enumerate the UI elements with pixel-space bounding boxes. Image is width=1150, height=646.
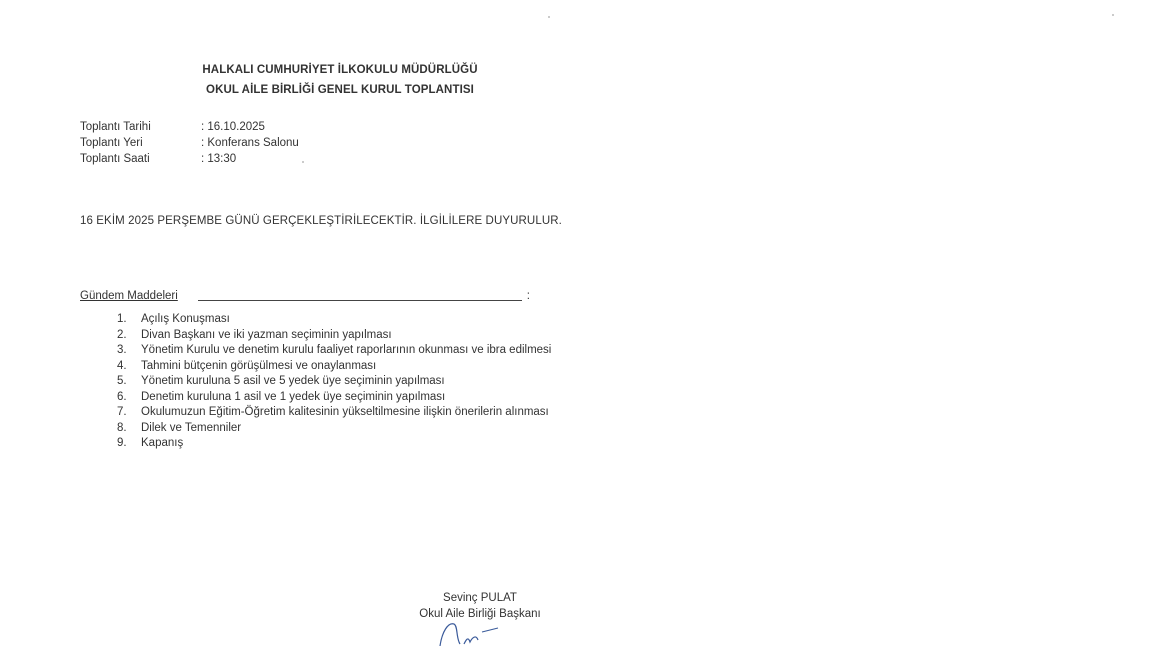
- meeting-date-label: Toplantı Tarihi: [80, 119, 201, 135]
- agenda-item: 3.Yönetim Kurulu ve denetim kurulu faali…: [117, 343, 587, 359]
- meeting-time-row: Toplantı Saati : 13:30: [80, 151, 299, 167]
- agenda-heading-label: Gündem Maddeleri: [80, 290, 178, 302]
- scan-speck: [1112, 14, 1114, 16]
- agenda-heading-colon: :: [527, 288, 530, 304]
- agenda-item: 1.Açılış Konuşması: [117, 312, 587, 328]
- agenda-item: 6.Denetim kuruluna 1 asil ve 1 yedek üye…: [117, 390, 587, 406]
- agenda-item-text: Kapanış: [141, 436, 587, 452]
- agenda-item-number: 6.: [117, 390, 141, 406]
- agenda-item-number: 7.: [117, 405, 141, 421]
- title-line-meeting: OKUL AİLE BİRLİĞİ GENEL KURUL TOPLANTISI: [160, 80, 520, 100]
- scanned-document-page: HALKALI CUMHURİYET İLKOKULU MÜDÜRLÜĞÜ OK…: [0, 0, 1150, 646]
- meeting-date-value: : 16.10.2025: [201, 119, 265, 135]
- agenda-heading-underline: [198, 300, 522, 301]
- agenda-item-number: 4.: [117, 359, 141, 375]
- agenda-item: 4.Tahmini bütçenin görüşülmesi ve onayla…: [117, 359, 587, 375]
- agenda-item-number: 9.: [117, 436, 141, 452]
- agenda-item-text: Divan Başkanı ve iki yazman seçiminin ya…: [141, 328, 587, 344]
- agenda-item: 8.Dilek ve Temenniler: [117, 421, 587, 437]
- agenda-item-text: Açılış Konuşması: [141, 312, 587, 328]
- agenda-heading: Gündem Maddeleri :: [80, 288, 530, 304]
- agenda-item-text: Yönetim kuruluna 5 asil ve 5 yedek üye s…: [141, 374, 587, 390]
- agenda-list: 1.Açılış Konuşması 2.Divan Başkanı ve ik…: [117, 312, 587, 452]
- agenda-item: 9.Kapanış: [117, 436, 587, 452]
- agenda-item-number: 8.: [117, 421, 141, 437]
- agenda-item-text: Yönetim Kurulu ve denetim kurulu faaliye…: [141, 343, 587, 359]
- agenda-item-text: Okulumuzun Eğitim-Öğretim kalitesinin yü…: [141, 405, 587, 421]
- meeting-place-row: Toplantı Yeri : Konferans Salonu: [80, 135, 299, 151]
- handwritten-signature-icon: [436, 618, 516, 646]
- agenda-item: 5.Yönetim kuruluna 5 asil ve 5 yedek üye…: [117, 374, 587, 390]
- agenda-item: 7.Okulumuzun Eğitim-Öğretim kalitesinin …: [117, 405, 587, 421]
- agenda-item-text: Denetim kuruluna 1 asil ve 1 yedek üye s…: [141, 390, 587, 406]
- meeting-time-value: : 13:30: [201, 151, 236, 167]
- agenda-item-number: 2.: [117, 328, 141, 344]
- meeting-place-label: Toplantı Yeri: [80, 135, 201, 151]
- agenda-item-number: 5.: [117, 374, 141, 390]
- meeting-date-row: Toplantı Tarihi : 16.10.2025: [80, 119, 299, 135]
- scan-speck: [302, 161, 304, 163]
- announcement-text: 16 EKİM 2025 PERŞEMBE GÜNÜ GERÇEKLEŞTİRİ…: [80, 215, 562, 227]
- agenda-item-number: 3.: [117, 343, 141, 359]
- agenda-item-text: Dilek ve Temenniler: [141, 421, 587, 437]
- scan-speck: [548, 16, 550, 18]
- agenda-item-number: 1.: [117, 312, 141, 328]
- title-line-school: HALKALI CUMHURİYET İLKOKULU MÜDÜRLÜĞÜ: [160, 60, 520, 80]
- document-title: HALKALI CUMHURİYET İLKOKULU MÜDÜRLÜĞÜ OK…: [160, 60, 520, 100]
- signatory-name: Sevinç PULAT: [380, 590, 580, 606]
- agenda-item: 2.Divan Başkanı ve iki yazman seçiminin …: [117, 328, 587, 344]
- meeting-place-value: : Konferans Salonu: [201, 135, 299, 151]
- meeting-details: Toplantı Tarihi : 16.10.2025 Toplantı Ye…: [80, 119, 299, 167]
- agenda-item-text: Tahmini bütçenin görüşülmesi ve onaylanm…: [141, 359, 587, 375]
- meeting-time-label: Toplantı Saati: [80, 151, 201, 167]
